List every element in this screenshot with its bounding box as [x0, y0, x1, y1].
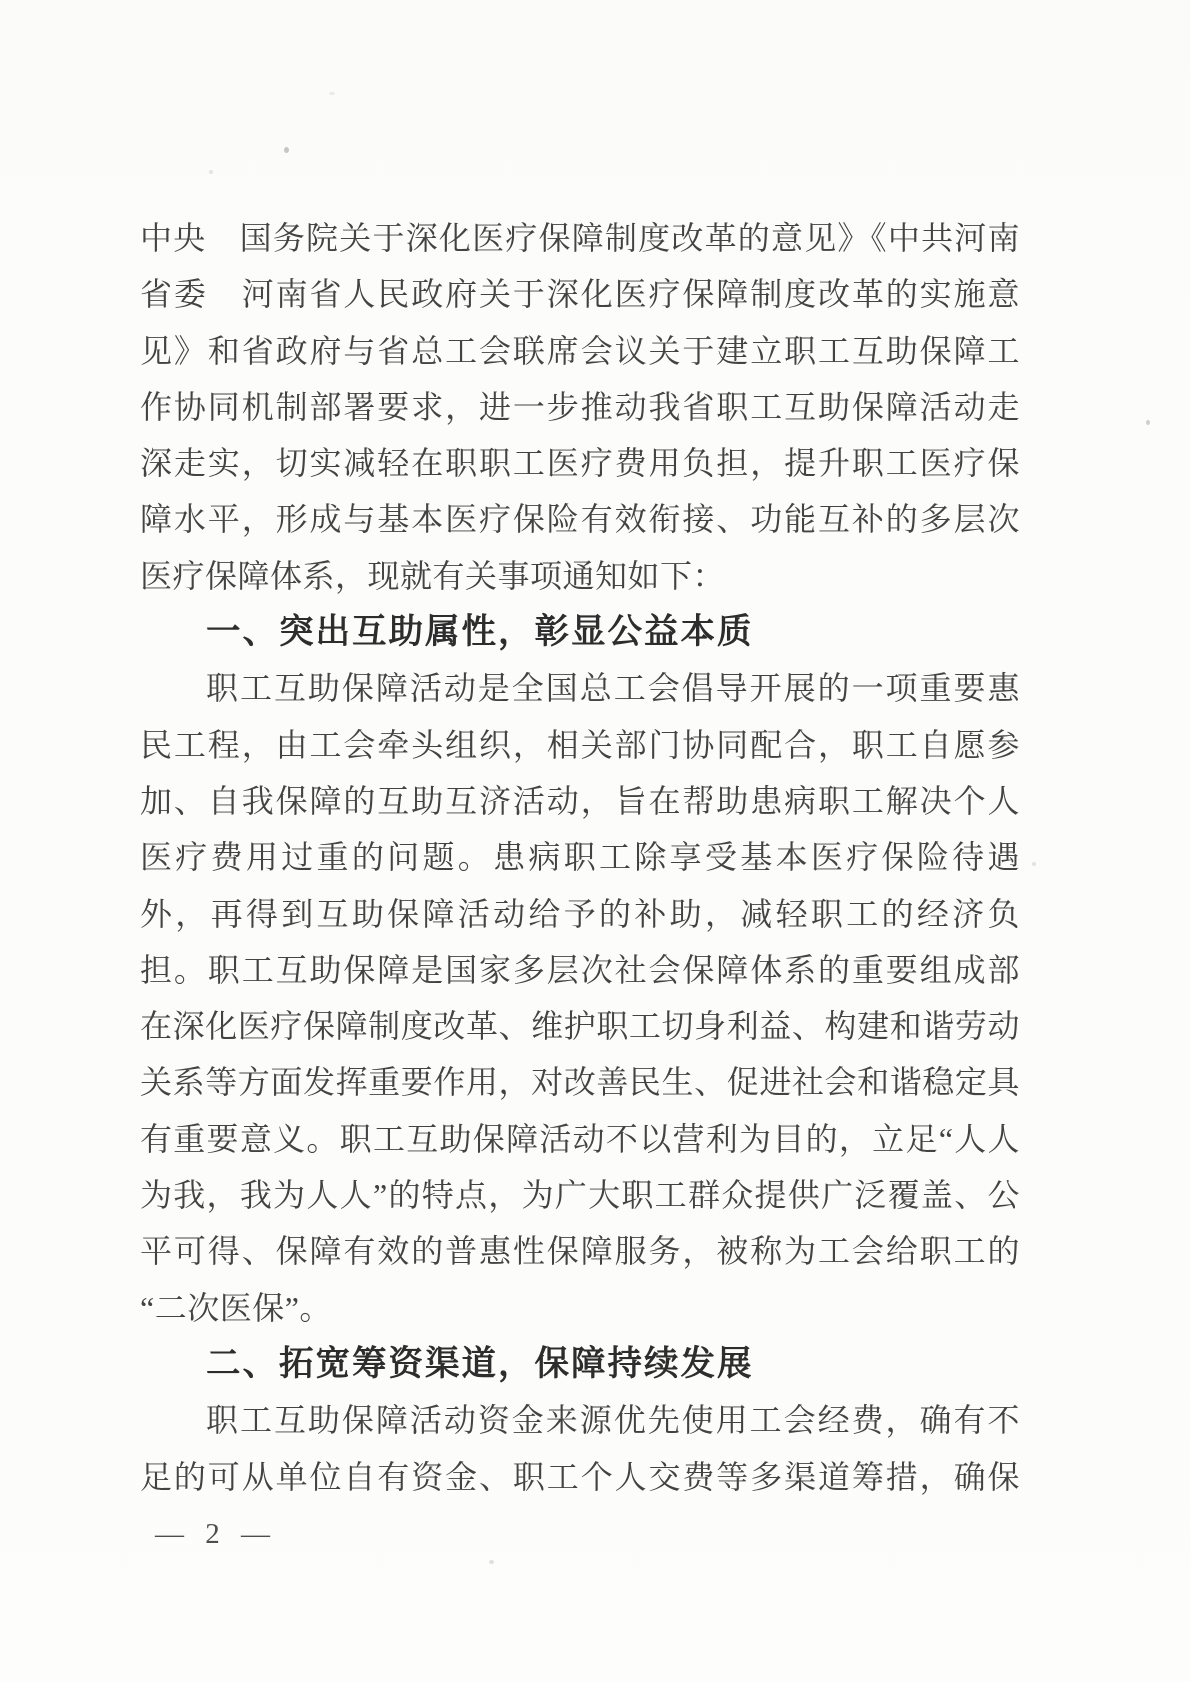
document-line: 见》和省政府与省总工会联席会议关于建立职工互助保障工	[140, 323, 1020, 379]
scan-speck	[489, 1560, 494, 1564]
document-line: 职工互助保障活动是全国总工会倡导开展的一项重要惠	[140, 660, 1020, 716]
document-line: 医疗保障体系，现就有关事项通知如下：	[140, 548, 1020, 604]
document-line: 足的可从单位自有资金、职工个人交费等多渠道筹措，确保	[140, 1449, 1020, 1505]
document-line: 障水平，形成与基本医疗保险有效衔接、功能互补的多层次	[140, 491, 1020, 547]
section-heading: 二、拓宽筹资渠道，保障持续发展	[140, 1336, 1020, 1392]
document-line: 关系等方面发挥重要作用，对改善民生、促进社会和谐稳定具	[140, 1054, 1020, 1110]
document-line: 职工互助保障活动资金来源优先使用工会经费，确有不	[140, 1392, 1020, 1448]
document-line: 为我，我为人人”的特点，为广大职工群众提供广泛覆盖、公	[140, 1167, 1020, 1223]
document-line: 外，再得到互助保障活动给予的补助，减轻职工的经济负	[140, 886, 1020, 942]
scan-speck	[1146, 420, 1150, 425]
section-heading: 一、突出互助属性，彰显公益本质	[140, 604, 1020, 660]
document-body: 中央 国务院关于深化医疗保障制度改革的意见》《中共河南 省委 河南省人民政府关于…	[140, 210, 1020, 1505]
document-line: 担。职工互助保障是国家多层次社会保障体系的重要组成部分，	[140, 942, 1020, 998]
document-line: 民工程，由工会牵头组织，相关部门协同配合，职工自愿参	[140, 717, 1020, 773]
document-line: 作协同机制部署要求，进一步推动我省职工互助保障活动走	[140, 379, 1020, 435]
scan-speck	[209, 170, 213, 174]
document-line: 省委 河南省人民政府关于深化医疗保障制度改革的实施意	[140, 266, 1020, 322]
scan-speck	[284, 147, 289, 153]
document-line: 有重要意义。职工互助保障活动不以营利为目的，立足“人人	[140, 1111, 1020, 1167]
document-line: 深走实，切实减轻在职职工医疗费用负担，提升职工医疗保	[140, 435, 1020, 491]
document-line: “二次医保”。	[140, 1280, 1020, 1336]
page-number: — 2 —	[155, 1506, 272, 1562]
document-line: 在深化医疗保障制度改革、维护职工切身利益、构建和谐劳动	[140, 998, 1020, 1054]
document-line: 加、自我保障的互助互济活动，旨在帮助患病职工解决个人	[140, 773, 1020, 829]
scan-speck	[329, 92, 335, 95]
document-page: 中央 国务院关于深化医疗保障制度改革的意见》《中共河南 省委 河南省人民政府关于…	[0, 0, 1190, 1682]
document-line: 医疗费用过重的问题。患病职工除享受基本医疗保险待遇	[140, 829, 1020, 885]
document-line: 中央 国务院关于深化医疗保障制度改革的意见》《中共河南	[140, 210, 1020, 266]
scan-speck	[1032, 862, 1036, 866]
document-line: 平可得、保障有效的普惠性保障服务，被称为工会给职工的	[140, 1223, 1020, 1279]
